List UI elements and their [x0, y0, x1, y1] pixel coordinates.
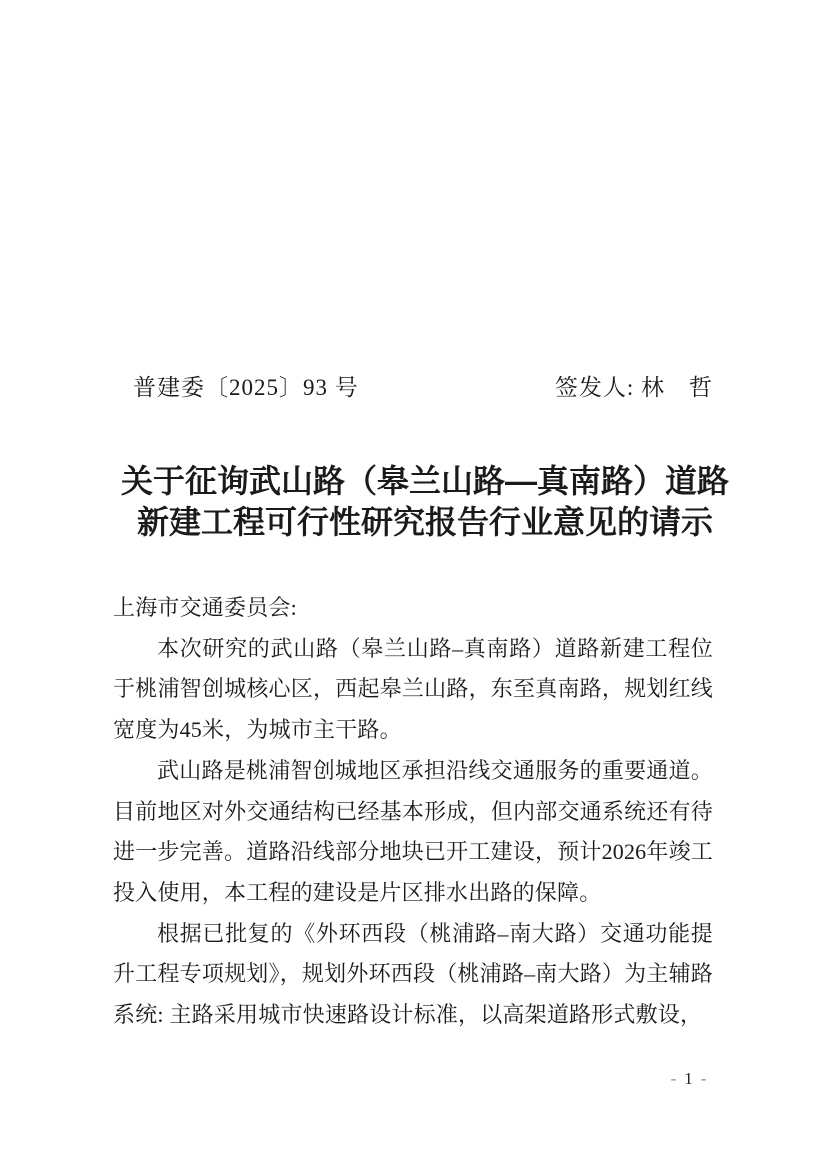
document-body: 上海市交通委员会: 本次研究的武山路（皋兰山路–真南路）道路新建工程位于桃浦智创…	[113, 588, 713, 1036]
page-number-right-dash: -	[701, 1069, 707, 1088]
document-meta-row: 普建委〔2025〕93 号 签发人: 林 哲	[113, 374, 713, 401]
signer-label: 签发人: 林 哲	[555, 374, 713, 401]
document-title-line-1: 关于征询武山路（皋兰山路—真南路）道路	[113, 461, 737, 502]
document-title-line-2: 新建工程可行性研究报告行业意见的请示	[113, 502, 737, 543]
body-paragraph-3: 根据已批复的《外环西段（桃浦路–南大路）交通功能提升工程专项规划》，规划外环西段…	[113, 914, 713, 1036]
official-document-page: 普建委〔2025〕93 号 签发人: 林 哲 关于征询武山路（皋兰山路—真南路）…	[0, 0, 826, 1169]
body-paragraph-1: 本次研究的武山路（皋兰山路–真南路）道路新建工程位于桃浦智创城核心区，西起皋兰山…	[113, 629, 713, 751]
page-number-value: 1	[676, 1069, 701, 1088]
document-title: 关于征询武山路（皋兰山路—真南路）道路 新建工程可行性研究报告行业意见的请示	[113, 461, 737, 543]
page-number: -1-	[635, 1049, 725, 1109]
body-paragraph-2: 武山路是桃浦智创城地区承担沿线交通服务的重要通道。目前地区对外交通结构已经基本形…	[113, 751, 713, 914]
document-number: 普建委〔2025〕93 号	[113, 374, 359, 401]
salutation: 上海市交通委员会:	[113, 588, 713, 629]
